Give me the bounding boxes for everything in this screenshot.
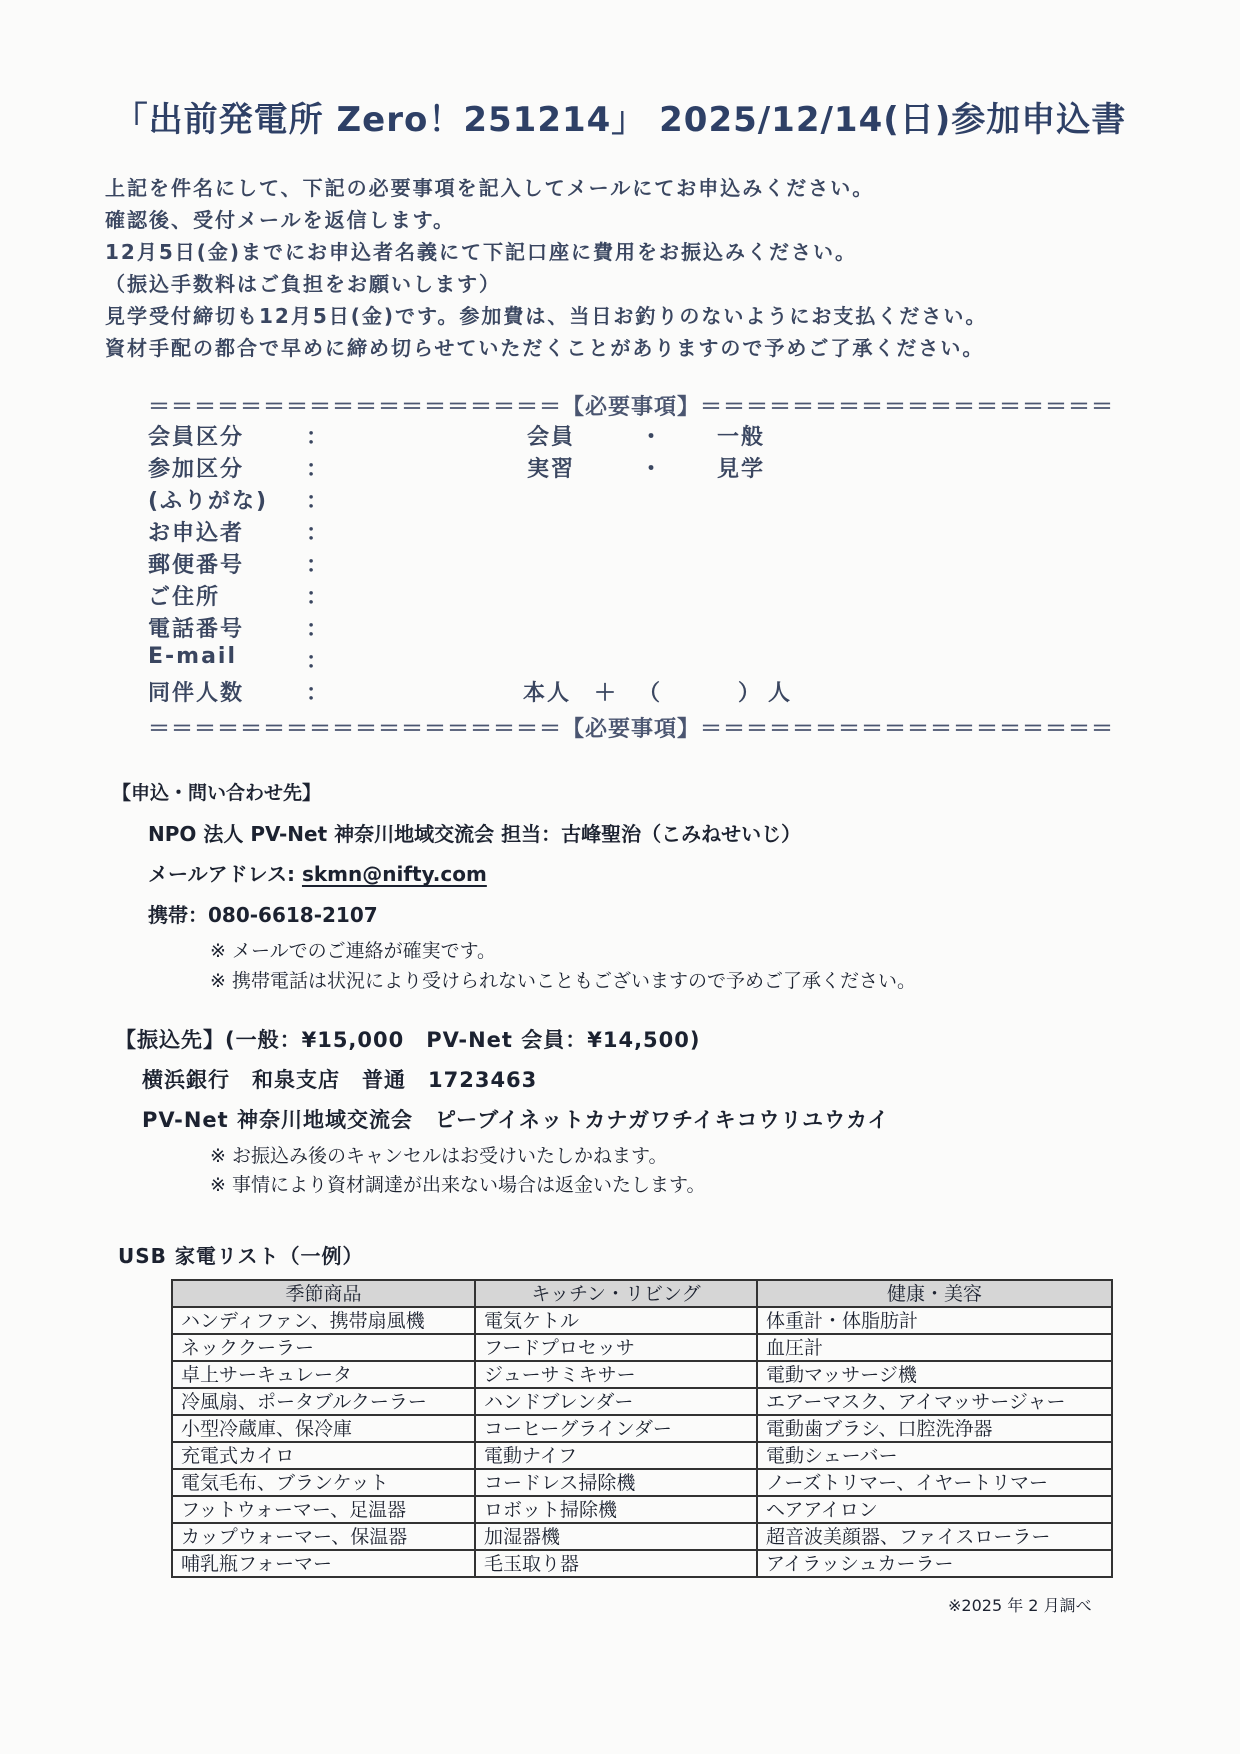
table-cell: フードプロセッサ bbox=[475, 1334, 757, 1361]
table-cell: ジューサミキサー bbox=[475, 1361, 757, 1388]
table-cell: ハンディファン、携帯扇風機 bbox=[172, 1307, 475, 1334]
field-colon: ： bbox=[306, 484, 328, 515]
table-cell: ヘアアイロン bbox=[757, 1496, 1112, 1523]
field-label-membership: 会員区分 bbox=[148, 420, 244, 451]
table-cell: 電動歯ブラシ、口腔洗浄器 bbox=[757, 1415, 1112, 1442]
email-link[interactable]: skmn@nifty.com bbox=[302, 862, 487, 886]
intro-line-6: 資材手配の都合で早めに締め切らせていただくことがありますので予めご了承ください。 bbox=[105, 332, 984, 361]
table-cell: 電動マッサージ機 bbox=[757, 1361, 1112, 1388]
email-label: メールアドレス: bbox=[148, 862, 302, 886]
field-label-address: ご住所 bbox=[148, 580, 220, 611]
table-cell: 血圧計 bbox=[757, 1334, 1112, 1361]
table-row: 哺乳瓶フォーマー毛玉取り器アイラッシュカーラー bbox=[172, 1550, 1112, 1577]
usb-appliance-table: 季節商品 キッチン・リビング 健康・美容 ハンディファン、携帯扇風機電気ケトル体… bbox=[171, 1279, 1113, 1578]
table-cell: アイラッシュカーラー bbox=[757, 1550, 1112, 1577]
contact-note-2: ※ 携帯電話は状況により受けられないこともございますので予めご了承ください。 bbox=[210, 966, 916, 993]
field-label-participation: 参加区分 bbox=[148, 452, 244, 483]
table-row: 冷風扇、ポータブルクーラーハンドブレンダーエアーマスク、アイマッサージャー bbox=[172, 1388, 1112, 1415]
table-cell: コードレス掃除機 bbox=[475, 1469, 757, 1496]
table-cell: 加湿器機 bbox=[475, 1523, 757, 1550]
intro-line-2: 確認後、受付メールを返信します。 bbox=[105, 204, 455, 233]
table-header-row: 季節商品 キッチン・リビング 健康・美容 bbox=[172, 1280, 1112, 1307]
contact-heading: 【申込・問い合わせ先】 bbox=[112, 778, 321, 805]
table-row: 充電式カイロ電動ナイフ電動シェーバー bbox=[172, 1442, 1112, 1469]
option-general[interactable]: 一般 bbox=[717, 420, 765, 451]
payment-note-1: ※ お振込み後のキャンセルはお受けいたしかねます。 bbox=[210, 1141, 667, 1168]
field-colon: ： bbox=[306, 548, 328, 579]
companions-close-paren: ） bbox=[738, 676, 762, 707]
contact-mobile: 携帯：080-6618-2107 bbox=[148, 899, 378, 928]
account-name: PV-Net 神奈川地域交流会 ピーブイネットカナガワチイキコウリユウカイ bbox=[142, 1104, 889, 1134]
table-cell: 冷風扇、ポータブルクーラー bbox=[172, 1388, 475, 1415]
table-row: 電気毛布、ブランケットコードレス掃除機ノーズトリマー、イヤートリマー bbox=[172, 1469, 1112, 1496]
usb-list-heading: USB 家電リスト（一例） bbox=[118, 1240, 363, 1269]
companions-open-paren: （ bbox=[638, 676, 662, 707]
field-colon: ： bbox=[306, 644, 328, 675]
field-colon: ： bbox=[306, 516, 328, 547]
intro-line-4: （振込手数料はご負担をお願いします） bbox=[105, 268, 501, 297]
table-cell: ノーズトリマー、イヤートリマー bbox=[757, 1469, 1112, 1496]
column-header-health: 健康・美容 bbox=[757, 1280, 1112, 1307]
table-cell: ハンドブレンダー bbox=[475, 1388, 757, 1415]
option-dot: ・ bbox=[640, 420, 664, 451]
table-cell: 電動ナイフ bbox=[475, 1442, 757, 1469]
intro-line-3: 12月5日(金)までにお申込者名義にて下記口座に費用をお振込みください。 bbox=[105, 236, 857, 265]
table-cell: フットウォーマー、足温器 bbox=[172, 1496, 475, 1523]
table-row: ハンディファン、携帯扇風機電気ケトル体重計・体脂肪計 bbox=[172, 1307, 1112, 1334]
column-header-kitchen: キッチン・リビング bbox=[475, 1280, 757, 1307]
table-cell: 小型冷蔵庫、保冷庫 bbox=[172, 1415, 475, 1442]
contact-organization: NPO 法人 PV-Net 神奈川地域交流会 担当：古峰聖治（こみねせいじ） bbox=[148, 818, 801, 847]
field-label-furigana: (ふりがな) bbox=[148, 484, 268, 515]
table-cell: 哺乳瓶フォーマー bbox=[172, 1550, 475, 1577]
option-dot: ・ bbox=[640, 452, 664, 483]
option-member[interactable]: 会員 bbox=[527, 420, 575, 451]
table-cell: 電動シェーバー bbox=[757, 1442, 1112, 1469]
payment-heading: 【振込先】(一般：¥15,000 PV-Net 会員：¥14,500) bbox=[115, 1024, 701, 1054]
separator-bottom: ＝＝＝＝＝＝＝＝＝＝＝＝＝＝＝＝＝＝【必要事項】＝＝＝＝＝＝＝＝＝＝＝＝＝＝＝＝… bbox=[148, 712, 1114, 743]
table-cell: 電気毛布、ブランケット bbox=[172, 1469, 475, 1496]
table-cell: ロボット掃除機 bbox=[475, 1496, 757, 1523]
table-cell: コーヒーグラインダー bbox=[475, 1415, 757, 1442]
bank-account: 横浜銀行 和泉支店 普通 1723463 bbox=[142, 1064, 537, 1094]
table-cell: 卓上サーキュレータ bbox=[172, 1361, 475, 1388]
table-cell: エアーマスク、アイマッサージャー bbox=[757, 1388, 1112, 1415]
field-colon: ： bbox=[306, 580, 328, 611]
field-label-email: E-mail bbox=[148, 644, 237, 669]
payment-note-2: ※ 事情により資材調達が出来ない場合は返金いたします。 bbox=[210, 1170, 705, 1197]
table-cell: 体重計・体脂肪計 bbox=[757, 1307, 1112, 1334]
table-row: カップウォーマー、保温器加湿器機超音波美顔器、ファイスローラー bbox=[172, 1523, 1112, 1550]
field-label-postal-code: 郵便番号 bbox=[148, 548, 244, 579]
table-cell: ネッククーラー bbox=[172, 1334, 475, 1361]
separator-top: ＝＝＝＝＝＝＝＝＝＝＝＝＝＝＝＝＝＝【必要事項】＝＝＝＝＝＝＝＝＝＝＝＝＝＝＝＝… bbox=[148, 390, 1114, 421]
table-cell: 充電式カイロ bbox=[172, 1442, 475, 1469]
table-cell: カップウォーマー、保温器 bbox=[172, 1523, 475, 1550]
intro-line-5: 見学受付締切も12月5日(金)です。参加費は、当日お釣りのないようにお支払くださ… bbox=[105, 300, 987, 329]
field-colon: ： bbox=[306, 676, 328, 707]
column-header-seasonal: 季節商品 bbox=[172, 1280, 475, 1307]
field-colon: ： bbox=[306, 420, 328, 451]
companions-unit: 人 bbox=[768, 676, 792, 707]
table-row: 小型冷蔵庫、保冷庫コーヒーグラインダー電動歯ブラシ、口腔洗浄器 bbox=[172, 1415, 1112, 1442]
table-row: フットウォーマー、足温器ロボット掃除機ヘアアイロン bbox=[172, 1496, 1112, 1523]
table-cell: 電気ケトル bbox=[475, 1307, 757, 1334]
option-practice[interactable]: 実習 bbox=[527, 452, 575, 483]
table-cell: 毛玉取り器 bbox=[475, 1550, 757, 1577]
field-label-applicant: お申込者 bbox=[148, 516, 244, 547]
table-row: ネッククーラーフードプロセッサ血圧計 bbox=[172, 1334, 1112, 1361]
field-colon: ： bbox=[306, 452, 328, 483]
field-label-phone: 電話番号 bbox=[148, 612, 244, 643]
option-observe[interactable]: 見学 bbox=[717, 452, 765, 483]
companions-plus: ＋ bbox=[594, 676, 618, 707]
field-colon: ： bbox=[306, 612, 328, 643]
field-label-companions: 同伴人数 bbox=[148, 676, 244, 707]
intro-line-1: 上記を件名にして、下記の必要事項を記入してメールにてお申込みください。 bbox=[105, 172, 874, 201]
contact-email-row: メールアドレス: skmn@nifty.com bbox=[148, 858, 487, 887]
page-title: 「出前発電所 Zero！251214」 2025/12/14(日)参加申込書 bbox=[0, 92, 1240, 141]
survey-footnote: ※2025 年 2 月調べ bbox=[948, 1593, 1092, 1616]
table-cell: 超音波美顔器、ファイスローラー bbox=[757, 1523, 1112, 1550]
companions-self: 本人 bbox=[523, 676, 571, 707]
table-row: 卓上サーキュレータジューサミキサー電動マッサージ機 bbox=[172, 1361, 1112, 1388]
contact-note-1: ※ メールでのご連絡が確実です。 bbox=[210, 936, 496, 963]
